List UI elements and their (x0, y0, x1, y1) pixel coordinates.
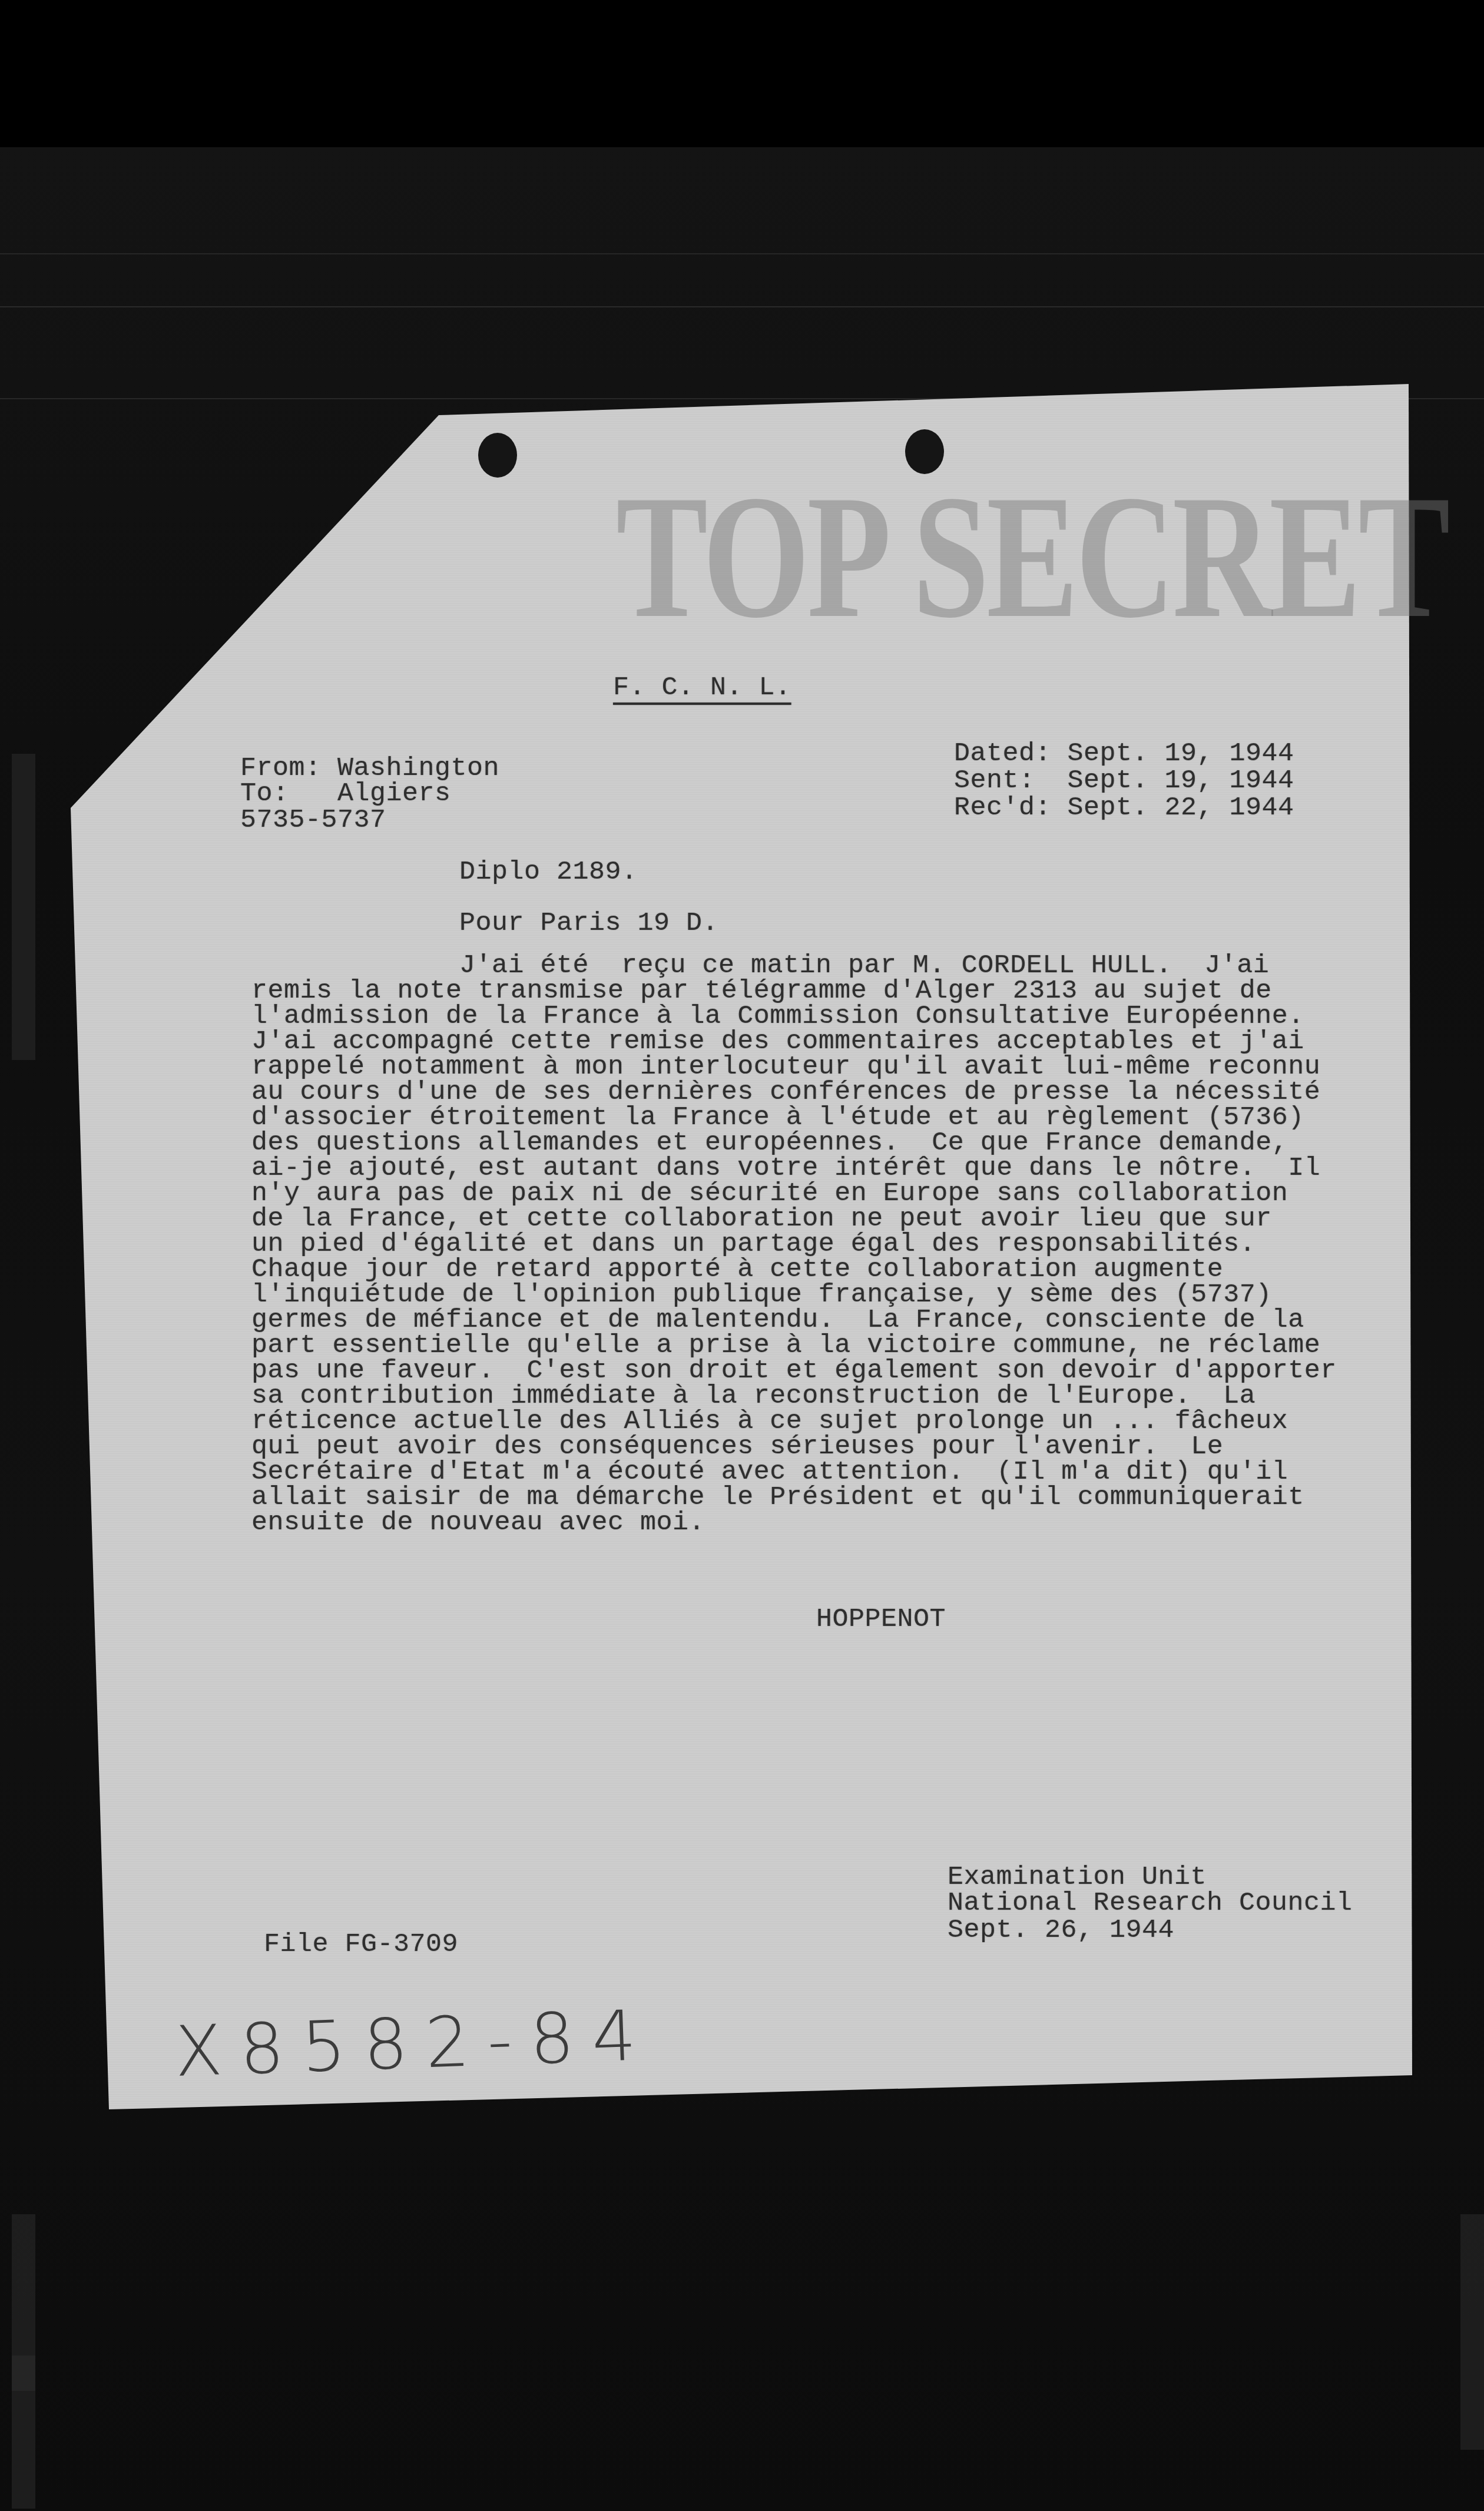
body-line: des questions allemandes et européennes.… (251, 1130, 1337, 1155)
organization-heading: F. C. N. L. (613, 675, 791, 700)
from-field: From: Washington (240, 756, 499, 781)
received-field: Rec'd: Sept. 22, 1944 (954, 795, 1294, 820)
footer-date: Sept. 26, 1944 (948, 1917, 1174, 1943)
diplo-reference: Diplo 2189. (459, 859, 638, 885)
film-sprocket-strip (1460, 2214, 1484, 2450)
body-line: l'admission de la France à la Commission… (251, 1003, 1337, 1029)
body-line: remis la note transmise par télégramme d… (251, 978, 1337, 1003)
body-line: réticence actuelle des Alliés à ce sujet… (251, 1409, 1337, 1434)
body-line: sa contribution immédiate à la reconstru… (251, 1383, 1337, 1409)
body-line: Secrétaire d'Etat m'a écouté avec attent… (251, 1459, 1337, 1485)
body-line: Chaque jour de retard apporté à cette co… (251, 1257, 1337, 1282)
film-scratch-line (0, 253, 1484, 254)
film-sprocket-strip (12, 2356, 35, 2509)
handwritten-note: X8582-84 (173, 1995, 655, 2092)
body-line: ai-je ajouté, est autant dans votre inté… (251, 1155, 1337, 1181)
body-line: J'ai accompagné cette remise des comment… (251, 1029, 1337, 1054)
to-field: To: Algiers (240, 781, 451, 806)
body-line: n'y aura pas de paix ni de sécurité en E… (251, 1181, 1337, 1206)
punch-hole (478, 433, 517, 478)
body-line: germes de méfiance et de malentendu. La … (251, 1307, 1337, 1333)
film-scratch-line (0, 306, 1484, 307)
file-number: File FG-3709 (264, 1932, 458, 1957)
film-top-border (0, 0, 1484, 147)
message-body: J'ai été reçu ce matin par M. CORDELL HU… (251, 953, 1337, 1535)
body-line: d'associer étroitement la France à l'étu… (251, 1105, 1337, 1130)
top-secret-stamp: TOP SECRET (616, 483, 1094, 630)
body-line: de la France, et cette collaboration ne … (251, 1206, 1337, 1231)
body-line: un pied d'égalité et dans un partage éga… (251, 1231, 1337, 1257)
dated-field: Dated: Sept. 19, 1944 (954, 741, 1294, 766)
body-line: l'inquiétude de l'opinion publique franç… (251, 1282, 1337, 1307)
body-line: part essentielle qu'elle a prise à la vi… (251, 1333, 1337, 1358)
examination-unit: Examination Unit (948, 1864, 1207, 1890)
body-line: pas une faveur. C'est son droit et égale… (251, 1358, 1337, 1383)
body-line: allait saisir de ma démarche le Présiden… (251, 1485, 1337, 1510)
sent-field: Sent: Sept. 19, 1944 (954, 768, 1294, 793)
signature: HOPPENOT (816, 1606, 946, 1632)
body-line: qui peut avoir des conséquences sérieuse… (251, 1434, 1337, 1459)
body-line: rappelé notamment à mon interlocuteur qu… (251, 1054, 1337, 1079)
message-numbers: 5735-5737 (240, 807, 386, 833)
body-line: au cours d'une de ses dernières conféren… (251, 1079, 1337, 1105)
research-council: National Research Council (948, 1890, 1353, 1916)
recipient-reference: Pour Paris 19 D. (459, 910, 718, 936)
body-line: J'ai été reçu ce matin par M. CORDELL HU… (251, 953, 1337, 978)
body-line: ensuite de nouveau avec moi. (251, 1510, 1337, 1535)
film-sprocket-strip (12, 754, 35, 1060)
